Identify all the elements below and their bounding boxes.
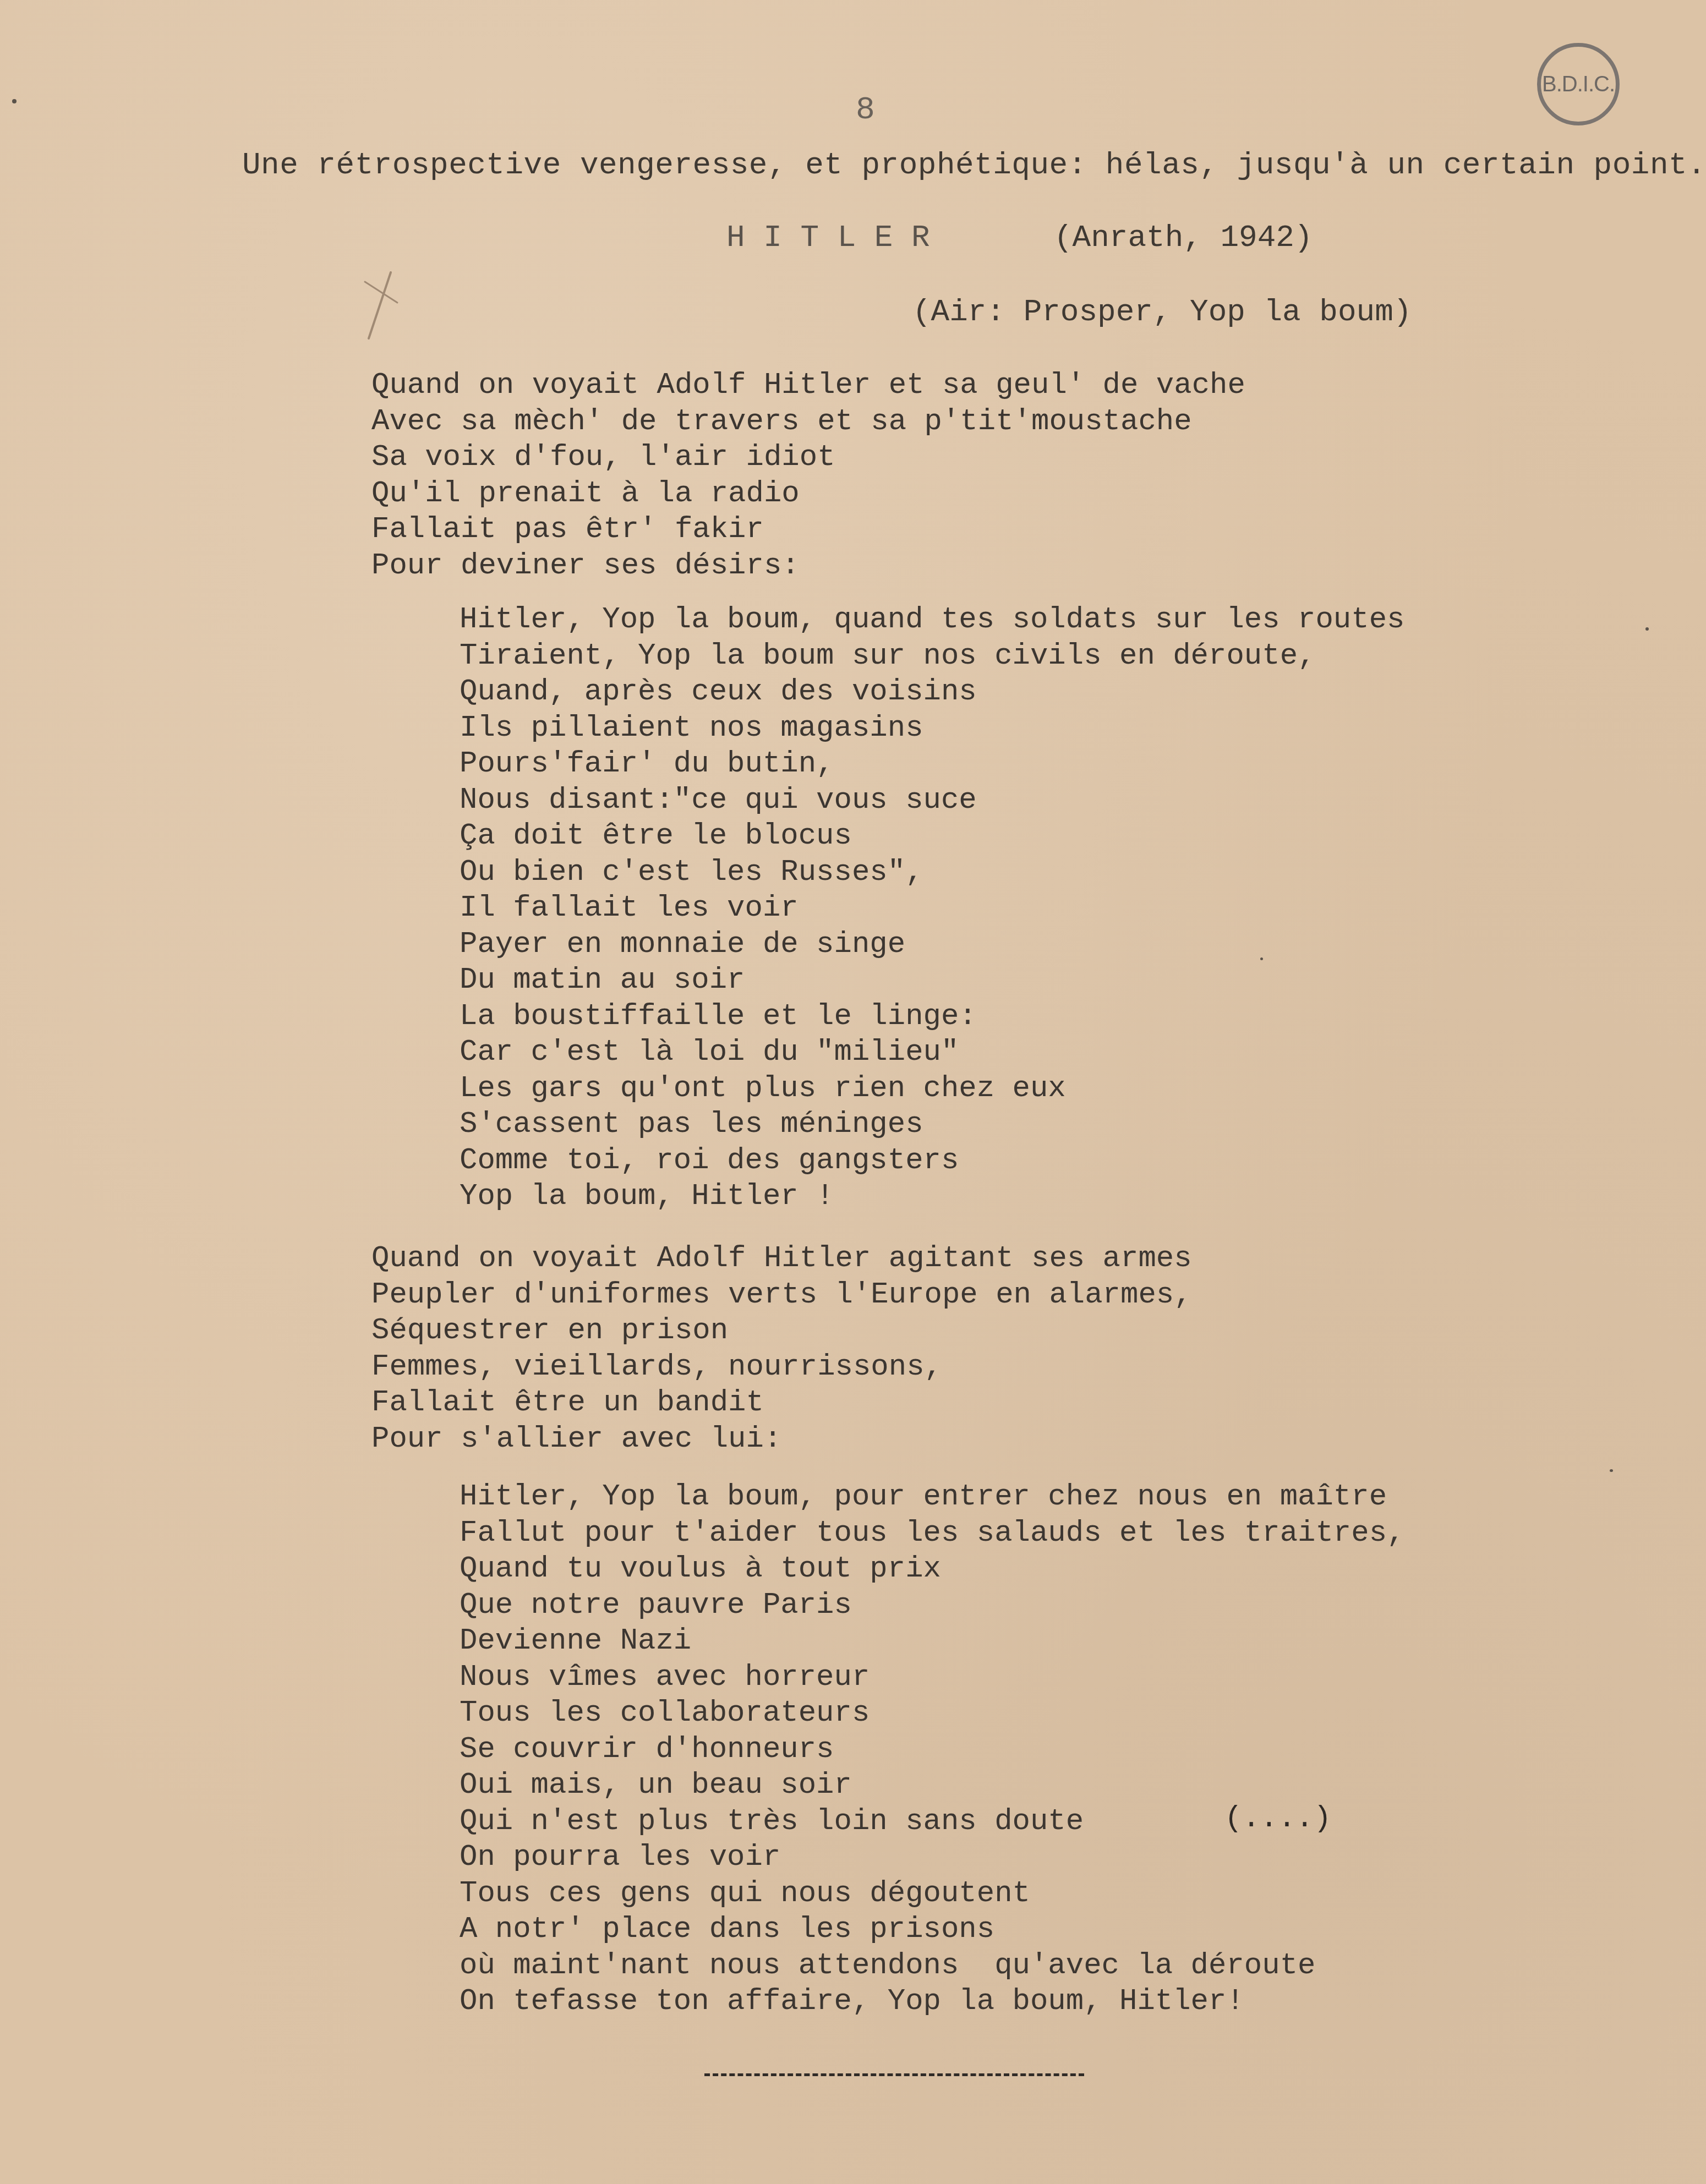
- lyric-line: A notr' place dans les prisons: [460, 1912, 1404, 1948]
- lyric-line: Femmes, vieillards, nourrissons,: [371, 1349, 1192, 1386]
- lyric-line: On pourra les voir: [460, 1840, 1404, 1876]
- paper-speck: [1645, 627, 1649, 631]
- lyric-line: Pour deviner ses désirs:: [371, 548, 1245, 584]
- lyric-line: Oui mais, un beau soir: [460, 1767, 1404, 1804]
- paper-speck: [12, 99, 17, 103]
- lyric-line: Payer en monnaie de singe: [460, 927, 1404, 963]
- lyric-line: Nous vîmes avec horreur: [460, 1660, 1404, 1696]
- lyric-line: Qu'il prenait à la radio: [371, 476, 1245, 512]
- lyric-line: Fallut pour t'aider tous les salauds et …: [460, 1515, 1404, 1552]
- lyric-line: Du matin au soir: [460, 962, 1404, 999]
- lyric-line: Tous ces gens qui nous dégoutent: [460, 1876, 1404, 1912]
- lyric-line: Yop la boum, Hitler !: [460, 1179, 1404, 1215]
- song-title: H I T L E R: [726, 220, 930, 255]
- stanza-verse-1: Quand on voyait Adolf Hitler et sa geul'…: [371, 368, 1245, 584]
- song-place-date: (Anrath, 1942): [1054, 220, 1313, 255]
- song-tune-note: (Air: Prosper, Yop la boum): [912, 294, 1412, 330]
- lyric-line: Ou bien c'est les Russes",: [460, 855, 1404, 891]
- lyric-line: Que notre pauvre Paris: [460, 1588, 1404, 1624]
- paper-speck: [1610, 1469, 1613, 1472]
- lyric-line: Se couvrir d'honneurs: [460, 1732, 1404, 1768]
- lyric-line: Hitler, Yop la boum, pour entrer chez no…: [460, 1479, 1404, 1515]
- lyric-line: Fallait pas êtr' fakir: [371, 512, 1245, 548]
- lyric-line: Séquestrer en prison: [371, 1313, 1192, 1349]
- stanza-verse-2: Quand on voyait Adolf Hitler agitant ses…: [371, 1241, 1192, 1457]
- lyric-line: Il fallait les voir: [460, 890, 1404, 927]
- pencil-cross-mark-icon: [363, 270, 402, 341]
- lyric-line: Les gars qu'ont plus rien chez eux: [460, 1071, 1404, 1107]
- lyric-line: Sa voix d'fou, l'air idiot: [371, 440, 1245, 476]
- lyric-line: Ils pillaient nos magasins: [460, 710, 1404, 747]
- document-subtitle: Une rétrospective vengeresse, et prophét…: [242, 147, 1706, 183]
- lyric-line: On tefasse ton affaire, Yop la boum, Hit…: [460, 1984, 1404, 2020]
- lyric-line: S'cassent pas les méninges: [460, 1107, 1404, 1143]
- lyric-line: Pour s'allier avec lui:: [371, 1421, 1192, 1458]
- stamp-text: B.D.I.C.: [1542, 72, 1615, 97]
- paper-speck: [1260, 957, 1263, 960]
- lyric-line: Hitler, Yop la boum, quand tes soldats s…: [460, 602, 1404, 638]
- omission-marker: (....): [1224, 1802, 1331, 1836]
- lyric-line: Pours'fair' du butin,: [460, 746, 1404, 782]
- library-stamp: B.D.I.C.: [1537, 43, 1620, 125]
- stanza-chorus-1: Hitler, Yop la boum, quand tes soldats s…: [460, 602, 1404, 1215]
- lyric-line: Fallait être un bandit: [371, 1385, 1192, 1421]
- lyric-line: Comme toi, roi des gangsters: [460, 1143, 1404, 1179]
- end-divider-rule: [704, 2073, 1084, 2076]
- lyric-line: Quand on voyait Adolf Hitler et sa geul'…: [371, 368, 1245, 404]
- lyric-line: Avec sa mèch' de travers et sa p'tit'mou…: [371, 404, 1245, 440]
- lyric-line: Tiraient, Yop la boum sur nos civils en …: [460, 638, 1404, 675]
- lyric-line: Quand, après ceux des voisins: [460, 674, 1404, 710]
- lyric-line: où maint'nant nous attendons qu'avec la …: [460, 1948, 1404, 1984]
- lyric-line: La boustiffaille et le linge:: [460, 999, 1404, 1035]
- lyric-line: Devienne Nazi: [460, 1623, 1404, 1660]
- lyric-line: Car c'est là loi du "milieu": [460, 1034, 1404, 1071]
- lyric-line: Peupler d'uniformes verts l'Europe en al…: [371, 1277, 1192, 1313]
- lyric-line: Nous disant:"ce qui vous suce: [460, 782, 1404, 819]
- stanza-chorus-2: Hitler, Yop la boum, pour entrer chez no…: [460, 1479, 1404, 2020]
- lyric-line: Quand on voyait Adolf Hitler agitant ses…: [371, 1241, 1192, 1277]
- page-number: 8: [856, 92, 875, 128]
- lyric-line: Ça doit être le blocus: [460, 818, 1404, 855]
- lyric-line: Quand tu voulus à tout prix: [460, 1551, 1404, 1588]
- lyric-line: Tous les collaborateurs: [460, 1695, 1404, 1732]
